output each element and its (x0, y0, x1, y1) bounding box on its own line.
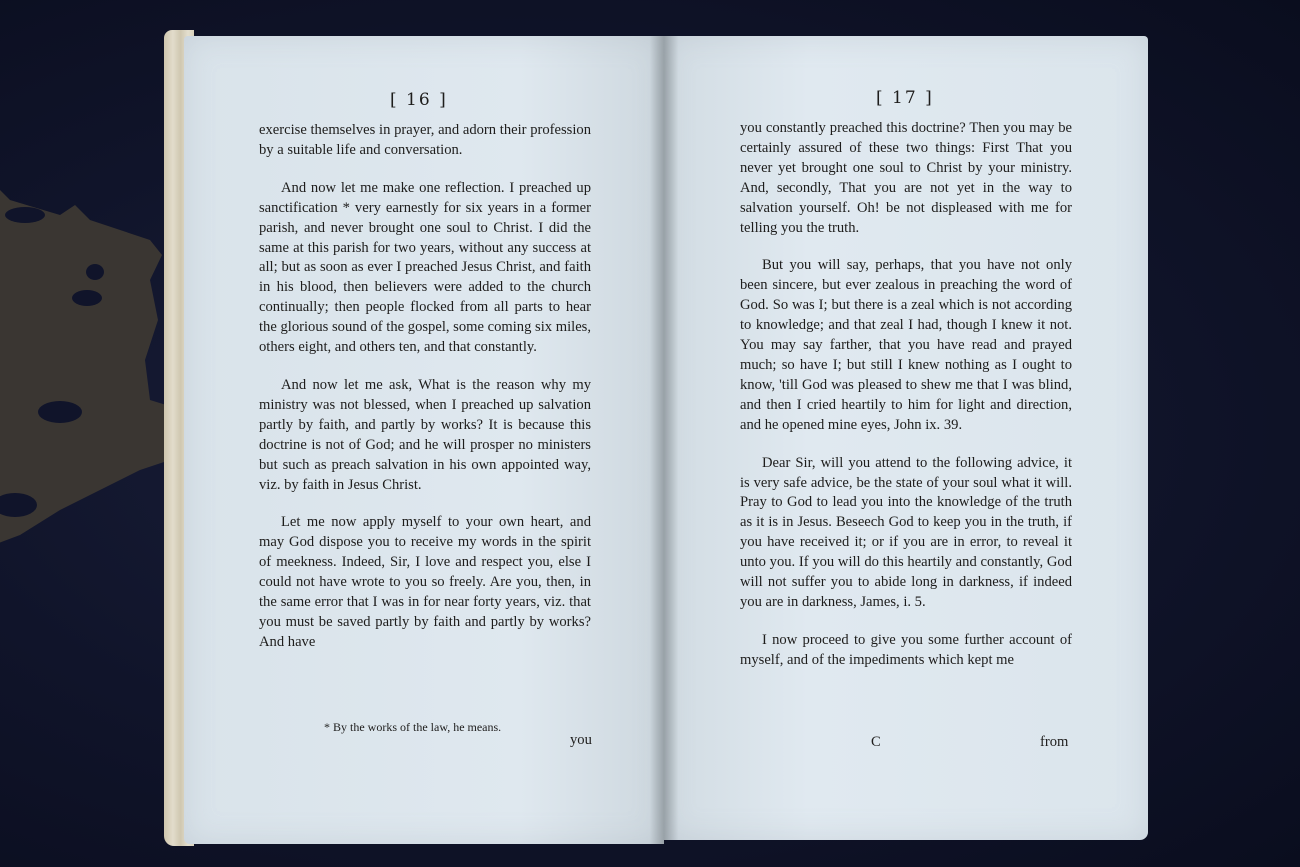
right-page: [ 17 ] you constantly preached this doct… (664, 36, 1148, 840)
page-body: you constantly preached this doctrine? T… (740, 119, 1072, 689)
paragraph: Let me now apply myself to your own hear… (259, 513, 591, 652)
page-number: [ 17 ] (876, 88, 934, 108)
paragraph: exercise themselves in prayer, and adorn… (259, 121, 591, 161)
left-page: [ 16 ] exercise themselves in prayer, an… (184, 36, 664, 844)
signature-mark: C (871, 734, 881, 751)
paragraph: I now proceed to give you some further a… (740, 631, 1072, 671)
paragraph: Dear Sir, will you attend to the followi… (740, 454, 1072, 613)
open-book: [ 16 ] exercise themselves in prayer, an… (0, 0, 1300, 867)
paragraph: you constantly preached this doctrine? T… (740, 119, 1072, 238)
catchword: from (1040, 734, 1068, 751)
page-number: [ 16 ] (390, 90, 448, 110)
catchword: you (570, 732, 592, 749)
footnote: * By the works of the law, he means. (324, 720, 501, 735)
page-body: exercise themselves in prayer, and adorn… (259, 121, 591, 671)
paragraph: And now let me make one reflection. I pr… (259, 179, 591, 358)
paragraph: And now let me ask, What is the reason w… (259, 376, 591, 495)
paragraph: But you will say, perhaps, that you have… (740, 256, 1072, 435)
